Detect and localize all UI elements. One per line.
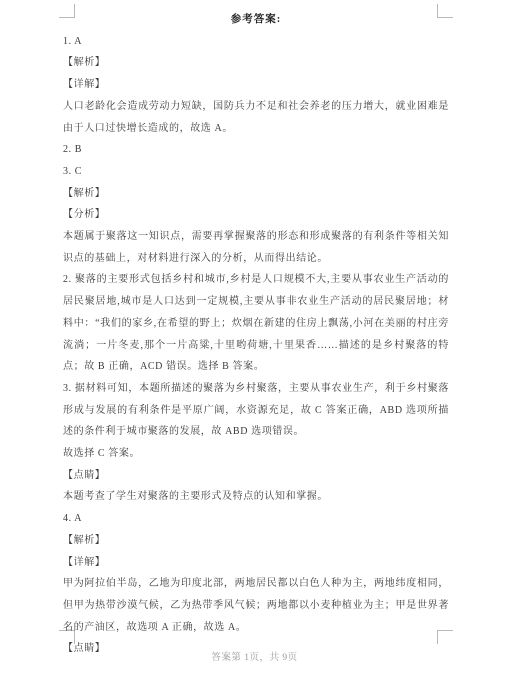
page-footer: 答案第 1页，共 9页 bbox=[0, 649, 509, 663]
answer-line-4: 4. A bbox=[63, 508, 449, 530]
summary-paragraph: 本题考查了学生对聚落的主要形式及特点的认知和掌握。 bbox=[63, 486, 449, 508]
conclusion-line-c: 故选择 C 答案。 bbox=[63, 443, 449, 465]
answer-line-1: 1. A bbox=[63, 31, 449, 53]
tag-dianjing-1: 【点睛】 bbox=[63, 465, 449, 487]
tag-jiexi-1: 【解析】 bbox=[63, 52, 449, 74]
explanation-paragraph-4: 甲为阿拉伯半岛，乙地为印度北部，两地居民都以白色人种为主，两地纬度相同，但甲为热… bbox=[63, 573, 449, 638]
explanation-paragraph-2: 2. 聚落的主要形式包括乡村和城市,乡村是人口规模不大,主要从事农业生产活动的居… bbox=[63, 269, 449, 378]
document-body: 参考答案: 1. A 【解析】 【详解】 人口老龄化会造成劳动力短缺，国防兵力不… bbox=[63, 9, 449, 660]
page-title: 参考答案: bbox=[63, 9, 449, 31]
document-page: 参考答案: 1. A 【解析】 【详解】 人口老龄化会造成劳动力短缺，国防兵力不… bbox=[0, 0, 509, 680]
tag-jiexi-2: 【解析】 bbox=[63, 183, 449, 205]
analysis-paragraph: 本题属于聚落这一知识点，需要再掌握聚落的形态和形成聚落的有利条件等相关知识点的基… bbox=[63, 226, 449, 269]
tag-xiangjie-2: 【详解】 bbox=[63, 552, 449, 574]
answer-line-3: 3. C bbox=[63, 161, 449, 183]
answer-line-2: 2. B bbox=[63, 139, 449, 161]
tag-fenxi: 【分析】 bbox=[63, 204, 449, 226]
tag-xiangjie-1: 【详解】 bbox=[63, 74, 449, 96]
explanation-paragraph-1: 人口老龄化会造成劳动力短缺，国防兵力不足和社会养老的压力增大，就业困难是由于人口… bbox=[63, 96, 449, 139]
explanation-paragraph-3: 3. 据材料可知，本题所描述的聚落为乡村聚落，主要从事农业生产，利于乡村聚落形成… bbox=[63, 378, 449, 443]
tag-jiexi-3: 【解析】 bbox=[63, 530, 449, 552]
